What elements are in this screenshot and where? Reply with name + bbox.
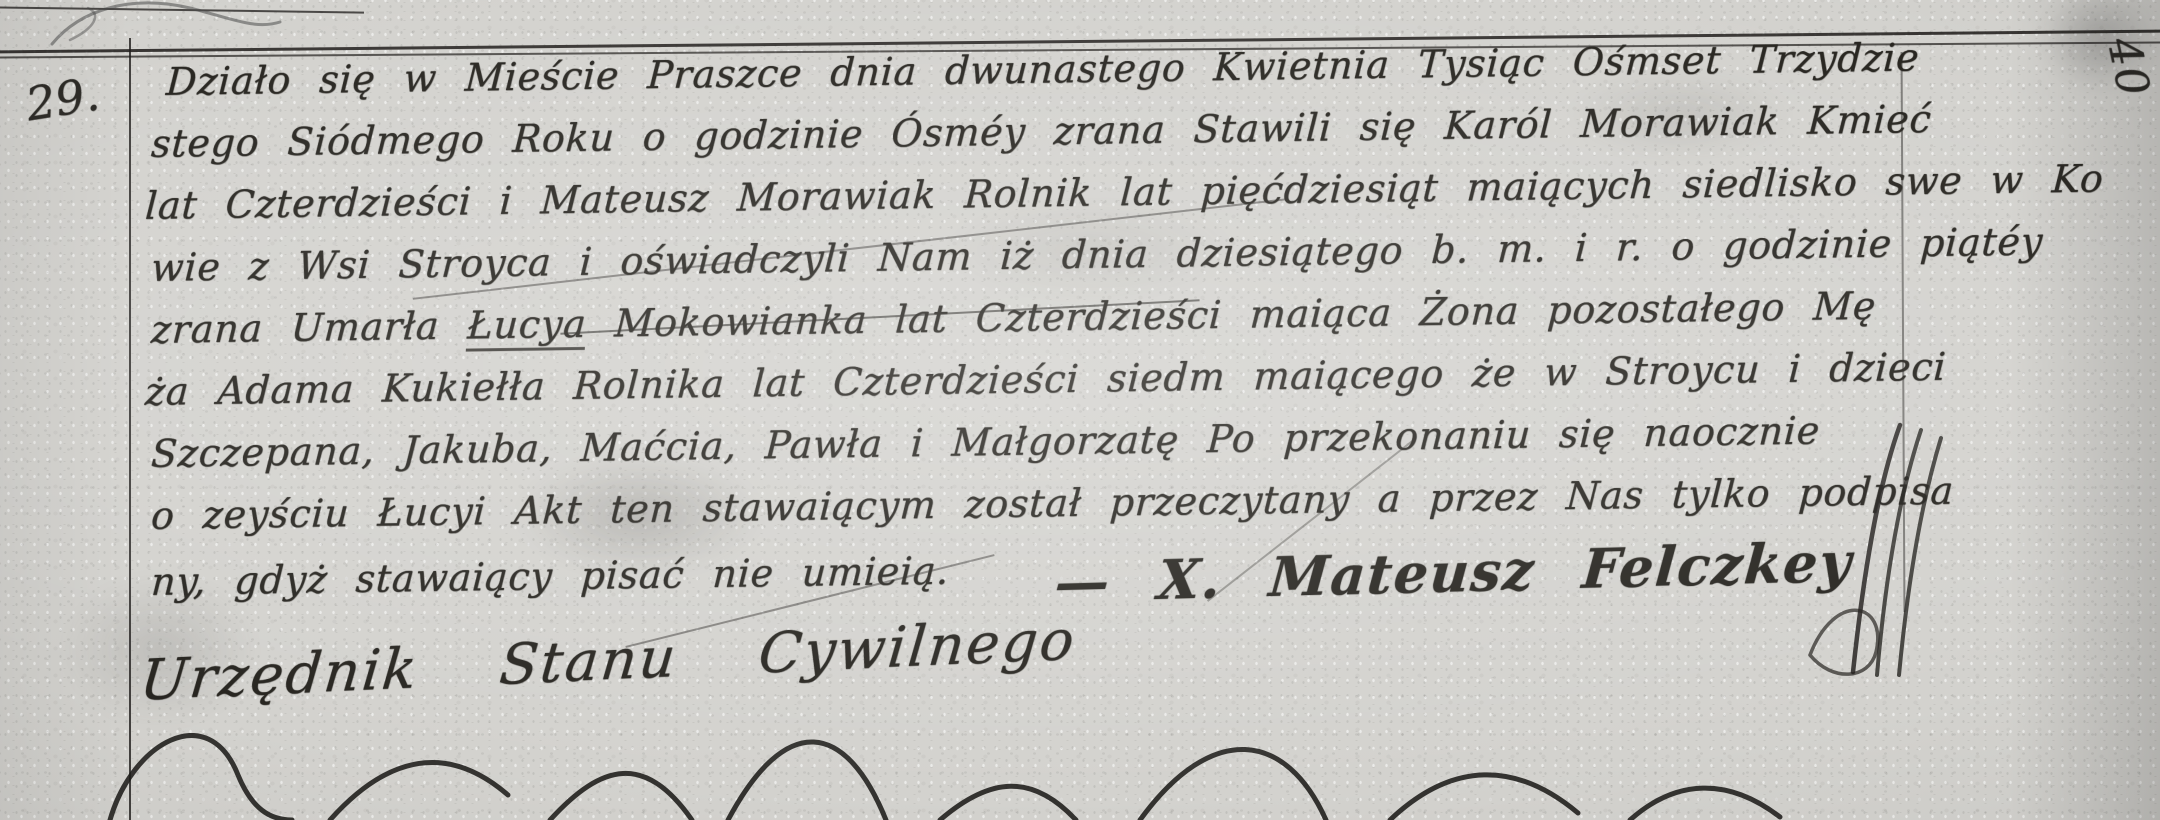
scanned-civil-record-page: 29. 40 Działo się w Mieście Praszce dnia… [0,0,2160,820]
left-margin-rule [129,38,131,820]
line5-pre-text: zrana Umarła [150,304,469,352]
margin-entry-number: 29. [22,67,103,132]
deceased-name-underlined: Łucya [466,302,588,352]
